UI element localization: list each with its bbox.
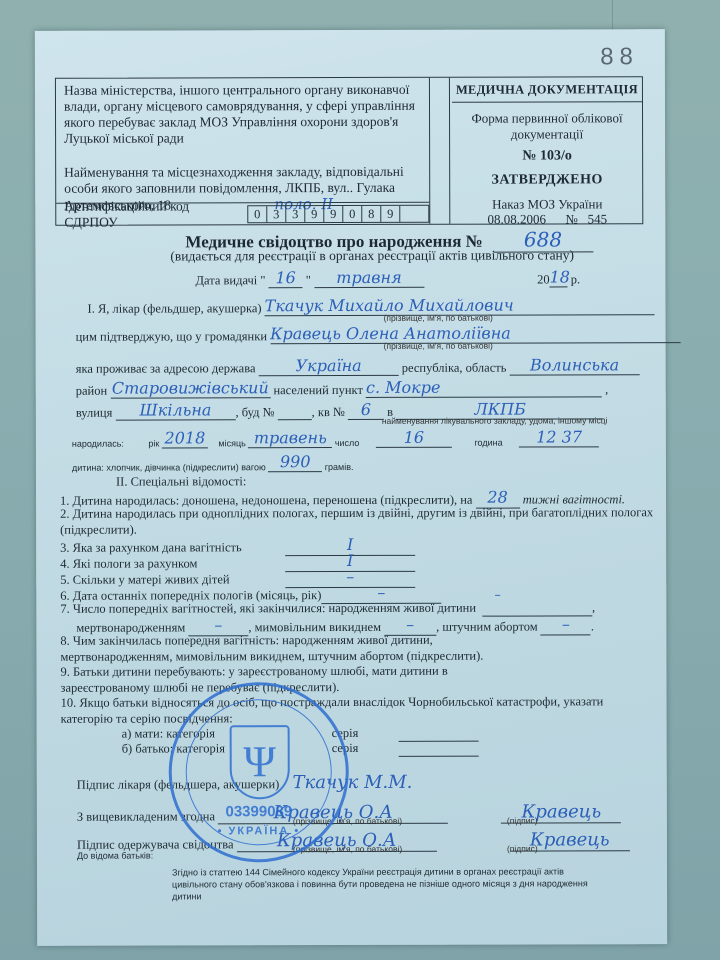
edrpou-digit: 0 bbox=[343, 205, 362, 221]
edrpou-digit: 9 bbox=[305, 206, 324, 222]
settlement: с. Мокре bbox=[366, 378, 440, 397]
edrpou-digit: 0 bbox=[248, 206, 267, 222]
child-weight: 990 bbox=[280, 452, 311, 471]
issue-month: травня bbox=[336, 268, 401, 287]
official-stamp: Ψ 03399089 • УКРАЇНА • bbox=[169, 682, 349, 862]
edrpou-digit bbox=[400, 205, 428, 221]
birth-year: 2018 bbox=[164, 428, 205, 447]
form-label: Форма первинної облікової документації bbox=[452, 110, 642, 142]
trident-icon: Ψ bbox=[230, 725, 290, 799]
birth-month: травень bbox=[254, 428, 327, 447]
form-number: № 103/о bbox=[452, 148, 642, 164]
receiver-signature: Кравець bbox=[530, 829, 610, 850]
notice-text: Згідно із статтею 144 Сімейного кодексу … bbox=[172, 865, 592, 902]
edrpou-digit: 3 bbox=[286, 206, 305, 222]
doctor-row: І. Я, лікар (фельдшер, акушерка) Ткачук … bbox=[87, 295, 654, 316]
header-divider bbox=[432, 78, 450, 224]
address-row: яка проживає за адресою держава Україна … bbox=[76, 355, 640, 376]
header-left: Назва міністерства, іншого центрального … bbox=[56, 78, 430, 225]
notice-label: До відома батьків: bbox=[77, 851, 153, 861]
signatures: Підпис лікаря (фельдшера, акушерки) Ткач… bbox=[35, 29, 665, 31]
stamp-code: 03399089 bbox=[172, 803, 346, 820]
birth-certificate-paper: 88 Назва міністерства, іншого центрально… bbox=[35, 29, 667, 946]
section2-heading: ІІ. Спеціальні відомості: bbox=[116, 473, 716, 490]
stamp-country: • УКРАЇНА • bbox=[172, 825, 346, 837]
ministry-text: Назва міністерства, іншого центрального … bbox=[56, 78, 429, 151]
country: Україна bbox=[296, 356, 362, 375]
issue-day: 16 bbox=[275, 268, 295, 287]
edrpou-digit: 8 bbox=[362, 205, 381, 221]
wall-edge bbox=[612, 0, 613, 30]
child-row: дитина: хлопчик, дівчинка (підкреслити) … bbox=[72, 452, 354, 473]
header-right: МЕДИЧНА ДОКУМЕНТАЦІЯ Форма первинної обл… bbox=[452, 77, 642, 223]
special-item-10: 10. Якщо батьки відносяться до осіб, що … bbox=[61, 694, 621, 727]
mother-row: цим підтверджую, що у громадянки Кравець… bbox=[76, 323, 681, 345]
district-row: район Старовижівський населений пункт с.… bbox=[76, 377, 609, 398]
edrpou-label: Ідентифікаційний код СДРПОУ bbox=[64, 198, 233, 230]
special-item-2: 2. Дитина народилась при одноплідних пол… bbox=[60, 505, 660, 538]
edrpou-code: 03399089 bbox=[247, 204, 429, 222]
page-number: 88 bbox=[600, 43, 639, 71]
region: Волинська bbox=[530, 355, 619, 374]
street: Шкільна bbox=[139, 400, 211, 419]
special-item-8: 8. Чим закінчилась попередня вагітність:… bbox=[60, 633, 500, 665]
district: Старовижівський bbox=[112, 378, 269, 397]
issue-year: 18 bbox=[550, 267, 570, 286]
approved-label: ЗАТВЕРДЖЕНО bbox=[452, 172, 642, 188]
edrpou-digit: 9 bbox=[324, 206, 343, 222]
edrpou-row: Ідентифікаційний код СДРПОУ 03399089 bbox=[56, 202, 429, 225]
medical-documentation-label: МЕДИЧНА ДОКУМЕНТАЦІЯ bbox=[452, 77, 642, 102]
issue-date-row: Дата видачі " 16 " травня 2018 р. bbox=[195, 267, 580, 288]
edrpou-digit: 9 bbox=[381, 205, 400, 221]
special-item-7: 7. Число попередніх вагітностей, які зак… bbox=[60, 600, 660, 617]
birth-time: 12 37 bbox=[536, 427, 582, 446]
edrpou-digit: 3 bbox=[267, 206, 286, 222]
order-reference: Наказ МОЗ України 08.08.2006 № 545 bbox=[452, 196, 642, 226]
certificate-subtitle: (видається для реєстрації в органах реєс… bbox=[170, 247, 574, 264]
birth-row: народилась: рік 2018 місяць травень числ… bbox=[72, 427, 599, 448]
birth-day: 16 bbox=[404, 428, 424, 447]
apartment: 6 bbox=[361, 400, 371, 419]
header-box: Назва міністерства, іншого центрального … bbox=[55, 76, 643, 226]
